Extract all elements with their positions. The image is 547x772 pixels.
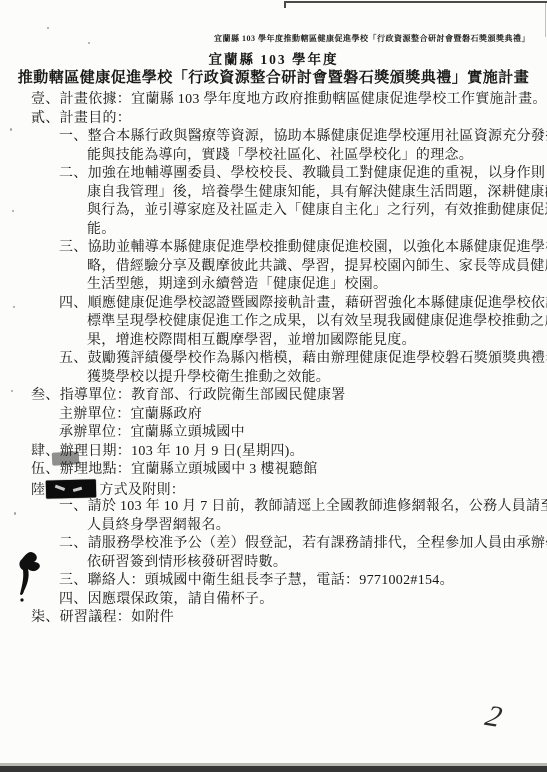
doc-line: 四、順應健康促進學校認證暨國際接軌計畫，藉研習強化本縣健康促進學校依認證: [31, 295, 539, 314]
stamp-noise: [55, 484, 65, 490]
scan-edge-top-tick: [284, 1, 286, 8]
doc-line: 叁、指導單位：教育部、行政院衛生部國民健康署: [31, 387, 539, 406]
doc-line: 果，增進校際間相互觀摩學習，並增加國際能見度。: [31, 332, 539, 351]
scan-edge-bottom-band: [0, 766, 547, 772]
doc-line: 獲獎學校以提升學校衛生推動之效能。: [31, 369, 539, 388]
doc-line: 肆、辦理日期：103 年 10 月 9 日(星期四)。: [31, 443, 539, 462]
doc-line: 二、加強在地輔導團委員、學校校長、教職員工對健康促進的重視，以身作則「健: [31, 165, 539, 184]
ink-stamp: [46, 479, 96, 498]
doc-line: 人員終身學習網報名。: [31, 517, 539, 536]
ink-blot: [15, 551, 47, 605]
doc-line: 主辦單位：宜蘭縣政府: [31, 406, 539, 425]
doc-line: 伍、辦理地點：宜蘭縣立頭城國中 3 樓視聽館: [31, 461, 539, 480]
scanned-document-page: 宜蘭縣 103 學年度推動轄區健康促進學校「行政資源整合研討會暨磐石獎頒獎典禮」…: [0, 0, 547, 772]
doc-line: 略，借經驗分享及觀摩彼此共識、學習，提昇校園內師生、家長等成員健康的: [31, 258, 539, 277]
scan-speck: [11, 390, 13, 392]
doc-line-suffix: 方式及附則：: [99, 483, 185, 498]
scan-speck: [47, 27, 49, 29]
handwritten-page-number: 2: [482, 701, 505, 732]
ink-smudge: [52, 451, 80, 465]
scan-speck: [13, 306, 15, 308]
doc-line: 康自我管理」後，培養學生健康知能，具有解決健康生活問題，深耕健康觀念: [31, 184, 539, 203]
document-body: 壹、計畫依據：宜蘭縣 103 學年度地方政府推動轄區健康促進學校工作實施計畫。 …: [31, 91, 539, 628]
doc-line-redacted: 陸方式及附則：: [31, 480, 539, 499]
doc-line: 標準呈現學校健康促進工作之成果，以有效呈現我國健康促進學校推動之成: [31, 313, 539, 332]
doc-line: 四、因應環保政策，請自備杯子。: [31, 591, 539, 610]
doc-line: 柒、研習議程：如附件: [31, 609, 539, 628]
scan-speck: [10, 128, 12, 131]
document-title-line1: 宜蘭縣 103 學年度: [0, 48, 547, 68]
scan-edge-top-line: [284, 1, 547, 3]
doc-line: 貳、計畫目的：: [31, 110, 539, 129]
doc-line: 依研習簽到情形核發研習時數。: [31, 554, 539, 573]
doc-line: 壹、計畫依據：宜蘭縣 103 學年度地方政府推動轄區健康促進學校工作實施計畫。: [31, 91, 539, 110]
scan-speck: [14, 512, 16, 515]
scan-edge-right-line: [545, 3, 546, 37]
doc-line: 一、整合本縣行政與醫療等資源，協助本縣健康促進學校運用社區資源充分發揮智: [31, 128, 539, 147]
doc-line: 與行為，並引導家庭及社區走入「健康自主化」之行列，有效推動健康促進效: [31, 202, 539, 221]
doc-line: 三、協助並輔導本縣健康促進學校推動健康促進校園，以強化本縣健康促進學校策: [31, 239, 539, 258]
doc-line: 生活型態，期達到永續營造「健康促進」校園。: [31, 276, 539, 295]
doc-line: 二、請服務學校准予公（差）假登記，若有課務請排代，全程參加人員由承辦學校: [31, 535, 539, 554]
document-header-note: 宜蘭縣 103 學年度推動轄區健康促進學校「行政資源整合研討會暨磐石獎頒獎典禮」: [0, 33, 530, 44]
doc-line: 能與技能為導向，實踐「學校社區化、社區學校化」的理念。: [31, 147, 539, 166]
doc-line: 五、鼓勵獲評績優學校作為縣內楷模，藉由辦理健康促進學校磐石獎頒獎典禮表揚: [31, 350, 539, 369]
document-title-line2: 推動轄區健康促進學校「行政資源整合研討會暨磐石獎頒獎典禮」實施計畫: [0, 66, 547, 87]
doc-line: 能。: [31, 221, 539, 240]
doc-line-prefix: 陸: [31, 483, 45, 498]
doc-line: 承辦單位：宜蘭縣立頭城國中: [31, 424, 539, 443]
doc-line: 一、請於 103 年 10 月 7 日前，教師請逕上全國教師進修網報名，公務人員…: [31, 498, 539, 517]
stamp-noise: [73, 486, 82, 491]
doc-line: 三、聯絡人：頭城國中衛生組長李子慧，電話：9771002#154。: [31, 572, 539, 591]
scan-speck: [12, 210, 14, 212]
